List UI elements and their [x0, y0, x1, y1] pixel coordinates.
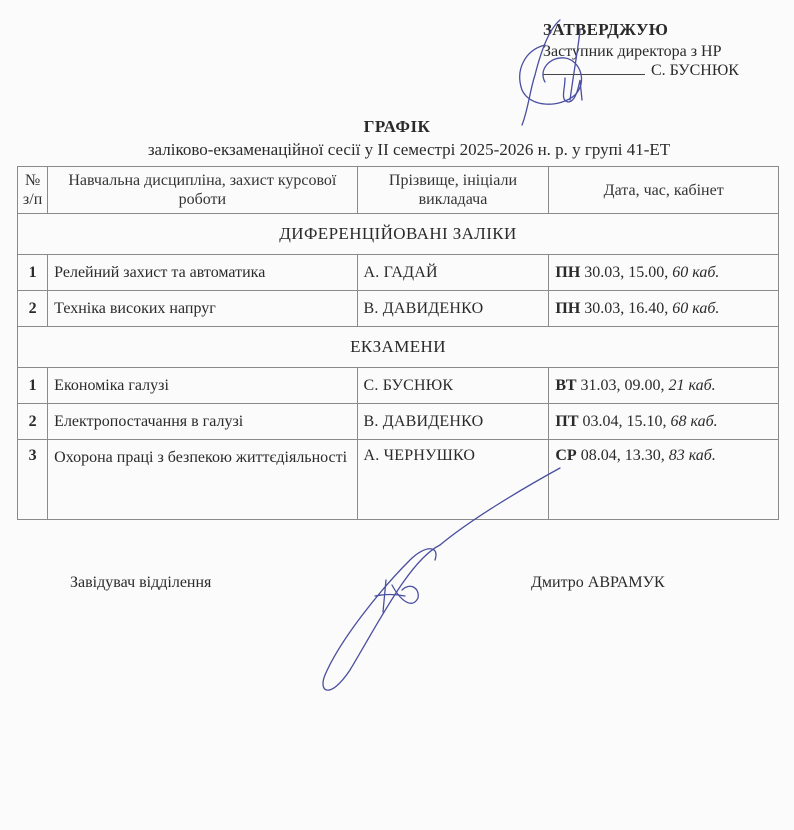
row-subject: Техніка високих напруг — [48, 291, 357, 327]
row-datetime: 03.04, 15.10, — [579, 413, 671, 430]
section-title: ЕКЗАМЕНИ — [18, 327, 779, 368]
row-subject: Економіка галузі — [48, 368, 357, 404]
table-row: 1 Релейний захист та автоматика А. ГАДАЙ… — [18, 255, 779, 291]
row-room: 60 каб. — [672, 264, 719, 281]
row-teacher: В. ДАВИДЕНКО — [357, 291, 549, 327]
row-datetime: 30.03, 16.40, — [580, 300, 672, 317]
row-day: ПТ — [555, 413, 578, 430]
row-room: 21 каб. — [669, 377, 716, 394]
section-title: ДИФЕРЕНЦІЙОВАНІ ЗАЛІКИ — [18, 214, 779, 255]
row-room: 68 каб. — [671, 413, 718, 430]
row-date: СР 08.04, 13.30, 83 каб. — [549, 440, 779, 520]
footer-position: Завідувач відділення — [70, 574, 211, 592]
table-row: 2 Техніка високих напруг В. ДАВИДЕНКО ПН… — [18, 291, 779, 327]
row-day: СР — [555, 447, 576, 464]
approval-block: ЗАТВЕРДЖУЮ Заступник директора з НР С. Б… — [543, 20, 783, 80]
table-row: 1 Економіка галузі С. БУСНЮК ВТ 31.03, 0… — [18, 368, 779, 404]
row-num: 1 — [18, 368, 48, 404]
approval-name: С. БУСНЮК — [651, 62, 739, 79]
approval-title: ЗАТВЕРДЖУЮ — [543, 20, 783, 40]
row-num: 2 — [18, 404, 48, 440]
row-num: 2 — [18, 291, 48, 327]
row-datetime: 08.04, 13.30, — [577, 447, 669, 464]
row-day: ПН — [555, 264, 580, 281]
document-title: ГРАФІК — [0, 117, 794, 137]
section-row-credits: ДИФЕРЕНЦІЙОВАНІ ЗАЛІКИ — [18, 214, 779, 255]
footer-name: Дмитро АВРАМУК — [531, 574, 665, 592]
header-subject: Навчальна дисципліна, захист курсової ро… — [48, 167, 357, 214]
row-room: 83 каб. — [669, 447, 716, 464]
row-subject: Охорона праці з безпекою життєдіяльності — [48, 440, 357, 520]
row-date: ПН 30.03, 16.40, 60 каб. — [549, 291, 779, 327]
row-teacher: А. ЧЕРНУШКО — [357, 440, 549, 520]
row-datetime: 31.03, 09.00, — [577, 377, 669, 394]
table-row: 2 Електропостачання в галузі В. ДАВИДЕНК… — [18, 404, 779, 440]
row-subject: Релейний захист та автоматика — [48, 255, 357, 291]
row-num: 1 — [18, 255, 48, 291]
table-row: 3 Охорона праці з безпекою життєдіяльнос… — [18, 440, 779, 520]
row-day: ВТ — [555, 377, 576, 394]
section-row-exams: ЕКЗАМЕНИ — [18, 327, 779, 368]
row-day: ПН — [555, 300, 580, 317]
schedule-table: № з/п Навчальна дисципліна, захист курсо… — [17, 166, 779, 520]
header-teacher: Прізвище, ініціали викладача — [357, 167, 549, 214]
approval-position: Заступник директора з НР — [543, 42, 783, 62]
table-header-row: № з/п Навчальна дисципліна, захист курсо… — [18, 167, 779, 214]
row-teacher: В. ДАВИДЕНКО — [357, 404, 549, 440]
row-date: ВТ 31.03, 09.00, 21 каб. — [549, 368, 779, 404]
header-date: Дата, час, кабінет — [549, 167, 779, 214]
row-num: 3 — [18, 440, 48, 520]
row-datetime: 30.03, 15.00, — [580, 264, 672, 281]
signature-blank — [543, 74, 645, 75]
row-date: ПТ 03.04, 15.10, 68 каб. — [549, 404, 779, 440]
row-teacher: А. ГАДАЙ — [357, 255, 549, 291]
row-teacher: С. БУСНЮК — [357, 368, 549, 404]
row-date: ПН 30.03, 15.00, 60 каб. — [549, 255, 779, 291]
header-num: № з/п — [18, 167, 48, 214]
row-subject: Електропостачання в галузі — [48, 404, 357, 440]
approval-signature-line: С. БУСНЮК — [543, 62, 783, 80]
document-subtitle: заліково-екзаменаційної сесії у ІІ семес… — [0, 140, 794, 160]
row-room: 60 каб. — [672, 300, 719, 317]
